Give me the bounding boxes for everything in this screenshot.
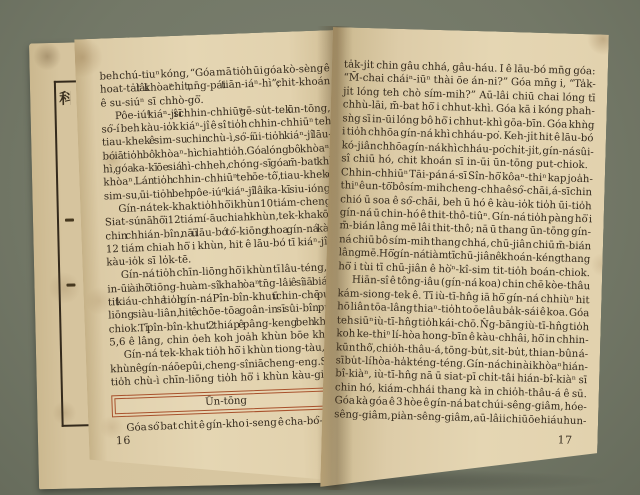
section-heading-label: Ūn-tōng: [205, 396, 247, 409]
paragraph: Hiān-sî ê tông-iâu (gín-ná koa) chin chē…: [334, 273, 590, 428]
right-page-number: 17: [557, 433, 572, 446]
paragraph: ta̍k-ji̍t chin gâu chhá, gâu-háu. I ê lā…: [338, 58, 596, 280]
section-heading-box: Ūn-tōng: [111, 387, 341, 418]
left-page[interactable]: beh chú-tiuⁿ kóng, “Góa mā tio̍h ūi góa …: [74, 30, 350, 491]
paragraph: Góa só͘ bat chi̍t ê gín-kho i-seng ê cha…: [112, 414, 342, 436]
left-page-text: beh chú-tiuⁿ kóng, “Góa mā tio̍h ūi góa …: [99, 62, 342, 436]
paragraph: Gín-ná tio̍h chīn-liōng hō͘ i khùn tī lâ…: [107, 262, 340, 350]
cover-text-fragment: [65, 218, 74, 221]
text-line: Góa só͘ bat chi̍t ê gín-kho i-seng ê cha…: [112, 414, 342, 436]
cover-partial-character: 科: [59, 91, 70, 109]
book-photo: 科 beh chú-tiuⁿ kóng, “Góa mā tio̍h ūi gó…: [0, 0, 640, 495]
left-page-number: 16: [116, 434, 131, 448]
right-page[interactable]: ta̍k-ji̍t chin gâu chhá, gâu-háu. I ê lā…: [320, 27, 609, 495]
cover-text-fragment: [66, 283, 75, 286]
right-page-text: ta̍k-ji̍t chin gâu chhá, gâu-háu. I ê lā…: [334, 58, 596, 428]
paragraph: Gín-ná tek-khak tio̍h hō͘ i khùn tiong-t…: [110, 341, 341, 389]
paragraph: Pôe-iúⁿ kiáⁿ-jî sī chhin-chhiūⁿ gē-su̍t-…: [101, 102, 334, 203]
paragraph: Gín-ná tek-khak tio̍h hō͘ i khùn 10 tiám…: [104, 195, 336, 270]
